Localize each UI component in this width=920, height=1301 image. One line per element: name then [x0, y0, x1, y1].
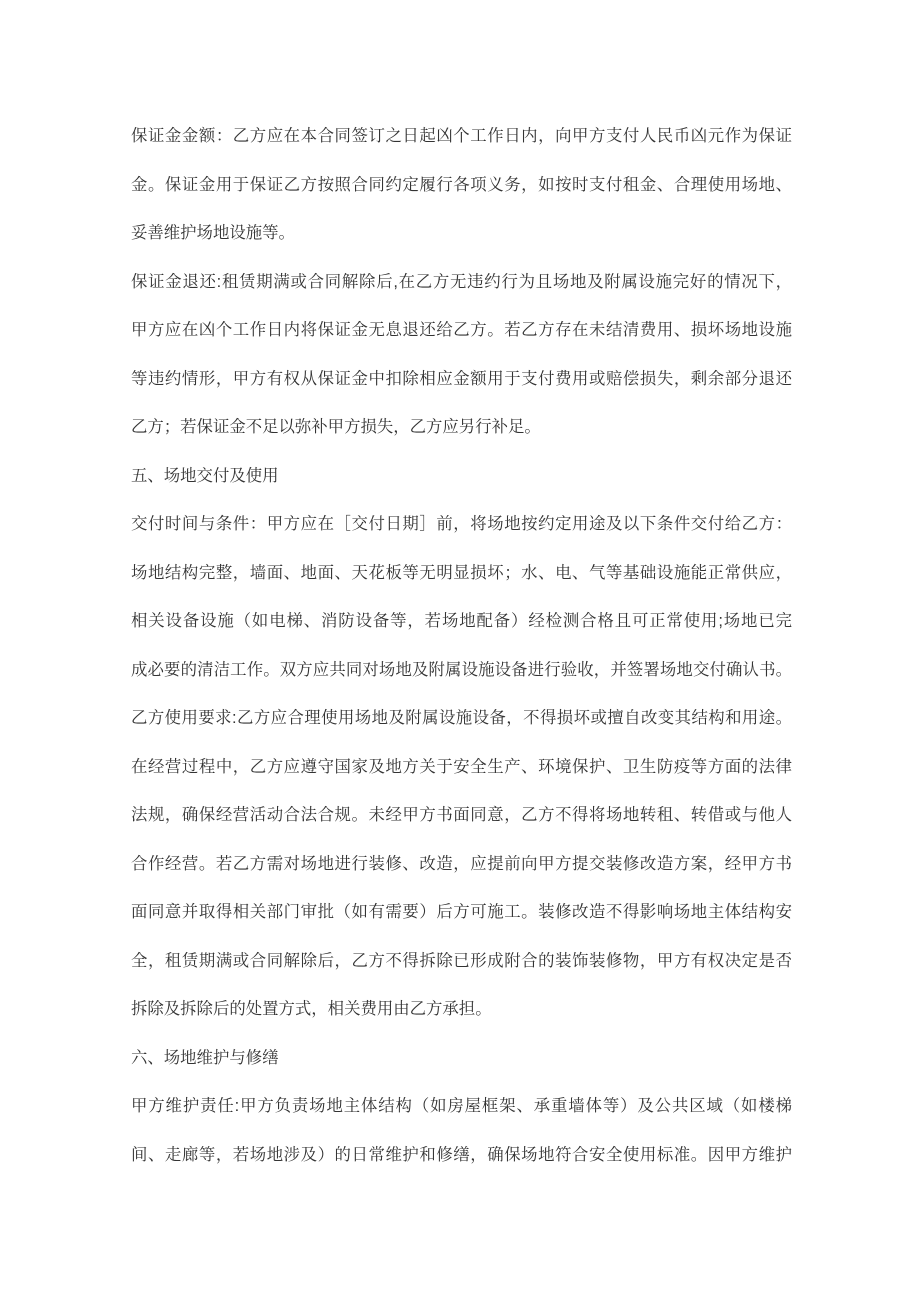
- text-line: 甲方应在凶个工作日内将保证金无息退还给乙方。若乙方存在未结清费用、损坏场地设施: [131, 306, 792, 355]
- text-line: 间、走廊等，若场地涉及）的日常维护和修缮，确保场地符合安全使用标准。因甲方维护: [131, 1131, 792, 1180]
- contract-text-block: 保证金金额：乙方应在本合同签订之日起凶个工作日内，向甲方支付人民币凶元作为保证 …: [131, 112, 792, 1179]
- text-line: 等违约情形，甲方有权从保证金中扣除相应金额用于支付费用或赔偿损失，剩余部分退还: [131, 355, 792, 404]
- text-line: 成必要的清洁工作。双方应共同对场地及附属设施设备进行验收，并签署场地交付确认书。: [131, 646, 792, 695]
- text-line: 乙方；若保证金不足以弥补甲方损失，乙方应另行补足。: [131, 403, 792, 452]
- text-line: 金。保证金用于保证乙方按照合同约定履行各项义务，如按时支付租金、合理使用场地、: [131, 161, 792, 210]
- section-heading: 六、场地维护与修缮: [131, 1034, 792, 1083]
- text-line: 保证金金额：乙方应在本合同签订之日起凶个工作日内，向甲方支付人民币凶元作为保证: [131, 112, 792, 161]
- text-line: 保证金退还:租赁期满或合同解除后,在乙方无违约行为且场地及附属设施完好的情况下，: [131, 258, 792, 307]
- text-line: 乙方使用要求:乙方应合理使用场地及附属设施设备，不得损坏或擅自改变其结构和用途。: [131, 694, 792, 743]
- text-line: 法规，确保经营活动合法合规。未经甲方书面同意，乙方不得将场地转租、转借或与他人: [131, 791, 792, 840]
- text-line: 面同意并取得相关部门审批（如有需要）后方可施工。装修改造不得影响场地主体结构安: [131, 888, 792, 937]
- text-line: 在经营过程中，乙方应遵守国家及地方关于安全生产、环境保护、卫生防疫等方面的法律: [131, 743, 792, 792]
- text-line: 相关设备设施（如电梯、消防设备等，若场地配备）经检测合格且可正常使用;场地已完: [131, 597, 792, 646]
- text-line: 拆除及拆除后的处置方式，相关费用由乙方承担。: [131, 985, 792, 1034]
- text-line: 交付时间与条件：甲方应在［交付日期］前，将场地按约定用途及以下条件交付给乙方：: [131, 500, 792, 549]
- text-line: 全，租赁期满或合同解除后，乙方不得拆除已形成附合的装饰装修物，甲方有权决定是否: [131, 937, 792, 986]
- section-heading: 五、场地交付及使用: [131, 452, 792, 501]
- text-line: 合作经营。若乙方需对场地进行装修、改造，应提前向甲方提交装修改造方案，经甲方书: [131, 840, 792, 889]
- text-line: 场地结构完整，墙面、地面、天花板等无明显损坏；水、电、气等基础设施能正常供应，: [131, 549, 792, 598]
- text-line: 妥善维护场地设施等。: [131, 209, 792, 258]
- document-page: 保证金金额：乙方应在本合同签订之日起凶个工作日内，向甲方支付人民币凶元作为保证 …: [0, 0, 920, 1301]
- text-line: 甲方维护责任:甲方负责场地主体结构（如房屋框架、承重墙体等）及公共区域（如楼梯: [131, 1082, 792, 1131]
